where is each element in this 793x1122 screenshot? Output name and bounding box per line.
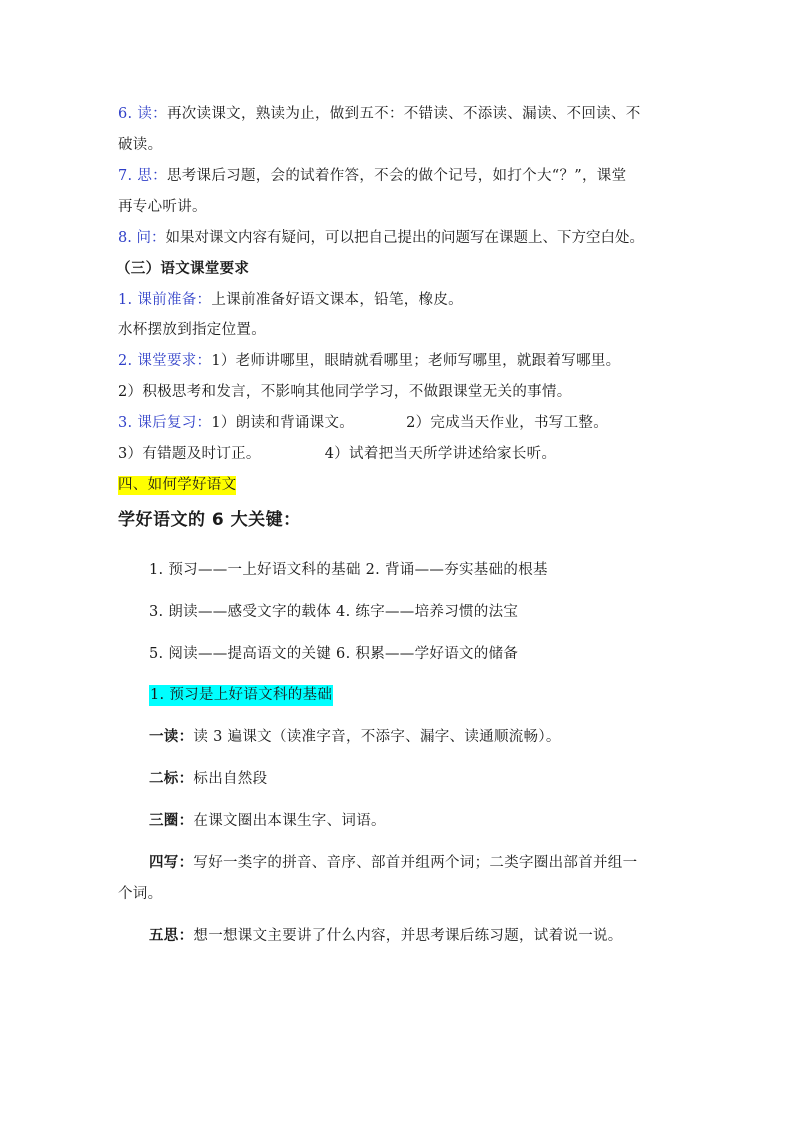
requirement-in-class-continued: 2）积极思考和发言，不影响其他同学学习，不做跟课堂无关的事情。 bbox=[118, 382, 572, 402]
requirement-text-b: 2）完成当天作业，书写工整。 bbox=[406, 415, 608, 431]
highlighted-subheading: 1. 预习是上好语文科的基础 bbox=[149, 685, 333, 706]
requirement-label: 1. 课前准备： bbox=[118, 292, 211, 308]
preview-step-read: 一读：读 3 遍课文（读准字音，不添字、漏字、读通顺流畅）。 bbox=[149, 727, 561, 747]
preview-step-mark: 二标：标出自然段 bbox=[149, 769, 267, 789]
preview-step-circle: 三圈：在课文圈出本课生字、词语。 bbox=[149, 811, 386, 831]
step-label: 7. 思： bbox=[118, 168, 167, 184]
requirement-after-class-continued: 3）有错题及时订正。4）试着把当天所学讲述给家长听。 bbox=[118, 444, 556, 464]
keys-line-3: 5. 阅读——提高语文的关键 6. 积累——学好语文的储备 bbox=[149, 644, 518, 664]
study-step-think: 7. 思：思考课后习题，会的试着作答，不会的做个记号，如打个大“？”，课堂 bbox=[118, 166, 626, 186]
study-step-think-continued: 再专心听讲。 bbox=[118, 197, 207, 217]
requirement-before-class: 1. 课前准备：上课前准备好语文课本，铅笔，橡皮。 bbox=[118, 290, 463, 310]
preview-step-label: 二标： bbox=[149, 771, 193, 787]
preview-step-label: 三圈： bbox=[149, 813, 193, 829]
study-step-read-continued: 破读。 bbox=[118, 135, 162, 155]
preview-step-label: 四写： bbox=[149, 855, 193, 871]
preview-step-label: 五思： bbox=[149, 928, 193, 944]
step-text: 思考课后习题，会的试着作答，不会的做个记号，如打个大“？”，课堂 bbox=[167, 168, 626, 184]
requirement-text-c: 3）有错题及时订正。 bbox=[118, 446, 261, 462]
preview-step-text: 在课文圈出本课生字、词语。 bbox=[193, 813, 385, 829]
preview-step-text: 读 3 遍课文（读准字音，不添字、漏字、读通顺流畅）。 bbox=[193, 729, 560, 745]
step-text: 再次读课文，熟读为止，做到五不：不错读、不添读、漏读、不回读、不 bbox=[167, 106, 641, 122]
requirement-after-class: 3. 课后复习：1）朗读和背诵课文。2）完成当天作业，书写工整。 bbox=[118, 413, 608, 433]
preview-step-text: 想一想课文主要讲了什么内容，并思考课后练习题，试着说一说。 bbox=[193, 928, 622, 944]
requirement-text-continued: 水杯摆放到指定位置。 bbox=[118, 322, 266, 338]
preview-step-write: 四写：写好一类字的拼音、音序、部首并组两个词；二类字圈出部首并组一 bbox=[149, 853, 637, 873]
preview-step-text: 标出自然段 bbox=[193, 771, 267, 787]
requirement-text-d: 4）试着把当天所学讲述给家长听。 bbox=[325, 446, 557, 462]
section-heading-classroom-requirements: （三）语文课堂要求 bbox=[116, 259, 249, 279]
requirement-label: 3. 课后复习： bbox=[118, 415, 211, 431]
six-keys-heading: 学好语文的 6 大关键： bbox=[118, 510, 301, 530]
highlighted-heading: 四、如何学好语文 bbox=[118, 476, 236, 495]
requirement-text-continued: 2）积极思考和发言，不影响其他同学学习，不做跟课堂无关的事情。 bbox=[118, 384, 572, 400]
requirement-text-a: 1）朗读和背诵课文。 bbox=[211, 415, 354, 431]
step-text-continued: 再专心听讲。 bbox=[118, 199, 207, 215]
preview-step-label: 一读： bbox=[149, 729, 193, 745]
requirement-label: 2. 课堂要求： bbox=[118, 353, 211, 369]
keys-line-2: 3. 朗读——感受文字的载体 4. 练字——培养习惯的法宝 bbox=[149, 602, 518, 622]
requirement-before-class-continued: 水杯摆放到指定位置。 bbox=[118, 320, 266, 340]
step-label: 8. 问： bbox=[118, 230, 165, 246]
requirement-text: 1）老师讲哪里，眼睛就看哪里；老师写哪里，就跟着写哪里。 bbox=[211, 353, 620, 369]
preview-heading: 1. 预习是上好语文科的基础 bbox=[149, 685, 333, 705]
keys-line-1: 1. 预习——一上好语文科的基础 2. 背诵——夯实基础的根基 bbox=[149, 560, 548, 580]
study-step-read: 6. 读：再次读课文，熟读为止，做到五不：不错读、不添读、漏读、不回读、不 bbox=[118, 104, 641, 124]
section-heading-how-to-learn: 四、如何学好语文 bbox=[118, 475, 236, 495]
preview-step-text: 写好一类字的拼音、音序、部首并组两个词；二类字圈出部首并组一 bbox=[193, 855, 637, 871]
requirement-in-class: 2. 课堂要求：1）老师讲哪里，眼睛就看哪里；老师写哪里，就跟着写哪里。 bbox=[118, 351, 620, 371]
requirement-text: 上课前准备好语文课本，铅笔，橡皮。 bbox=[211, 292, 463, 308]
step-text: 如果对课文内容有疑问，可以把自己提出的问题写在课题上、下方空白处。 bbox=[165, 230, 644, 246]
study-step-ask: 8. 问：如果对课文内容有疑问，可以把自己提出的问题写在课题上、下方空白处。 bbox=[118, 228, 644, 248]
preview-step-think: 五思：想一想课文主要讲了什么内容，并思考课后练习题，试着说一说。 bbox=[149, 926, 623, 946]
preview-step-write-continued: 个词。 bbox=[118, 884, 162, 904]
step-text-continued: 破读。 bbox=[118, 137, 162, 153]
step-label: 6. 读： bbox=[118, 106, 167, 122]
preview-step-text-continued: 个词。 bbox=[118, 886, 162, 902]
